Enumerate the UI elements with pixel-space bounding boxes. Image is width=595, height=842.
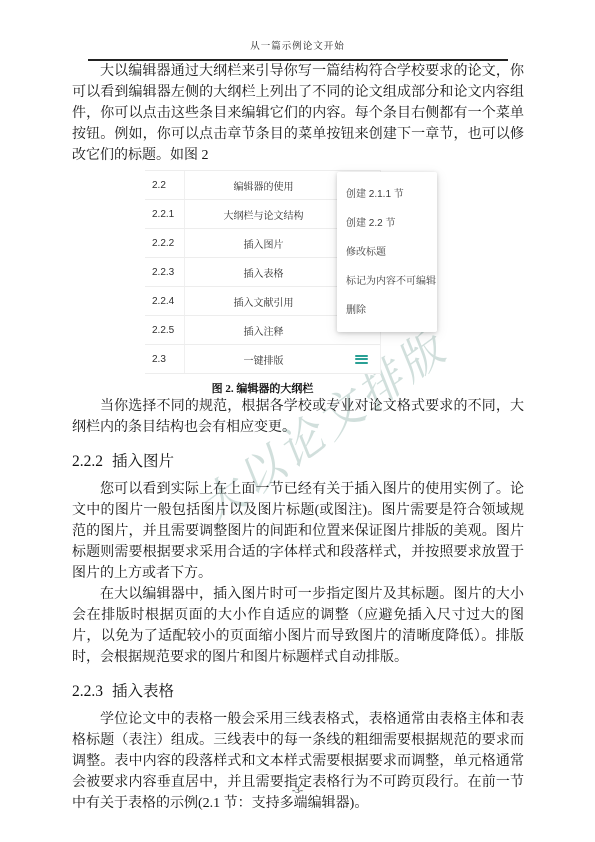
menu-lines-icon[interactable]	[355, 353, 368, 365]
outline-item-label: 插入注释	[185, 316, 342, 344]
page-body: 大以编辑器通过大纲栏来引导你写一篇结构符合学校要求的论文，你可以看到编辑器左侧的…	[72, 61, 524, 814]
outline-item-icon-slot	[342, 345, 380, 373]
outline-item-number: 2.2.4	[145, 287, 185, 315]
outline-item-label: 插入表格	[185, 258, 342, 286]
context-menu: 创建 2.1.1 节 创建 2.2 节 修改标题 标记为内容不可编辑 删除	[337, 172, 437, 332]
page-number: -3-	[0, 786, 595, 796]
paragraph-table-1: 学位论文中的表格一般会采用三线表格式，表格通常由表格主体和表格标题（表注）组成。…	[72, 709, 524, 814]
section-heading-insert-table: 2.2.3插入表格	[72, 679, 524, 701]
outline-item-number: 2.2.3	[145, 258, 185, 286]
outline-item-number: 2.2.2	[145, 229, 185, 257]
section-title: 插入表格	[112, 683, 174, 700]
page-header: 从一篇示例论文开始	[0, 0, 595, 61]
paragraph-image-1: 您可以看到实际上在上面一节已经有关于插入图片的使用实例了。论文中的图片一般包括图…	[72, 479, 524, 584]
paragraph-image-2: 在大以编辑器中，插入图片时可一步指定图片及其标题。图片的大小会在排版时根据页面的…	[72, 584, 524, 668]
outline-item-label: 一键排版	[185, 345, 342, 373]
menu-item-delete[interactable]: 删除	[337, 296, 437, 325]
document-page: 大以论文排版 从一篇示例论文开始 大以编辑器通过大纲栏来引导你写一篇结构符合学校…	[0, 0, 595, 842]
section-number: 2.2.3	[72, 683, 103, 700]
section-number: 2.2.2	[72, 453, 103, 470]
menu-item-edit-title[interactable]: 修改标题	[337, 238, 437, 267]
figure-outline-panel: 2.2 编辑器的使用 2.2.1 大纲栏与论文结构 2.2.2 插入图片 2.2…	[145, 170, 433, 396]
running-header-title: 从一篇示例论文开始	[0, 0, 595, 52]
outline-item-number: 2.2	[145, 171, 185, 199]
section-title: 插入图片	[112, 453, 174, 470]
paragraph-intro: 大以编辑器通过大纲栏来引导你写一篇结构符合学校要求的论文，你可以看到编辑器左侧的…	[72, 61, 524, 166]
menu-item-create-section[interactable]: 创建 2.2 节	[337, 209, 437, 238]
paragraph-specs: 当你选择不同的规范，根据各学校或专业对论文格式要求的不同，大纲栏内的条目结构也会…	[72, 396, 524, 438]
outline-item-label: 编辑器的使用	[185, 171, 342, 199]
menu-item-mark-readonly[interactable]: 标记为内容不可编辑	[337, 267, 437, 296]
menu-item-create-subsection[interactable]: 创建 2.1.1 节	[337, 180, 437, 209]
figure-caption: 图 2. 编辑器的大纲栏	[145, 380, 380, 396]
outline-item-number: 2.2.1	[145, 200, 185, 228]
outline-item-2-3[interactable]: 2.3 一键排版	[145, 345, 380, 374]
outline-item-number: 2.3	[145, 345, 185, 373]
outline-item-number: 2.2.5	[145, 316, 185, 344]
outline-item-label: 插入图片	[185, 229, 342, 257]
outline-item-label: 大纲栏与论文结构	[185, 200, 342, 228]
outline-item-label: 插入文献引用	[185, 287, 342, 315]
section-heading-insert-image: 2.2.2插入图片	[72, 449, 524, 471]
